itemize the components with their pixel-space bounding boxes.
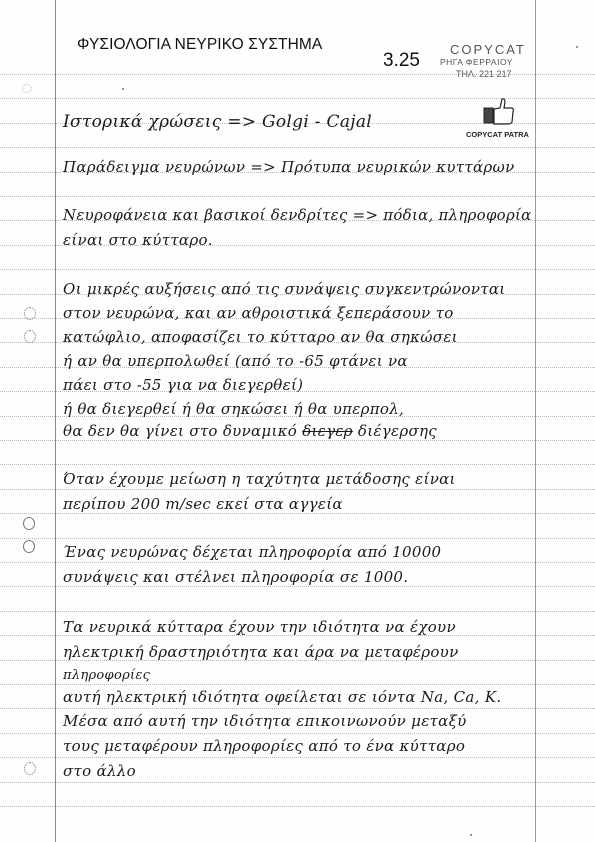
ruled-line — [0, 147, 595, 148]
note-line: τους μεταφέρουν πληροφορίες από το ένα κ… — [63, 737, 465, 755]
note-line: Νευροφάνεια και βασικοί δενδρίτες => πόδ… — [63, 206, 532, 224]
binder-hole — [23, 517, 35, 530]
binder-hole — [24, 330, 36, 343]
struck-word: διεγερ — [302, 422, 353, 440]
note-line: Ένας νευρώνας δέχεται πληροφορία από 100… — [63, 543, 441, 561]
note-line: περίπου 200 m/sec εκεί στα αγγεία — [63, 495, 343, 513]
note-line: Οι μικρές αυξήσεις από τις συνάψεις συγκ… — [63, 280, 505, 298]
stamp-phone: ΤΗΛ. 221 217 — [456, 69, 512, 79]
stamp-brand: COPYCAT — [450, 42, 526, 57]
scan-speck — [576, 46, 578, 48]
ruled-line — [0, 806, 595, 807]
binder-hole — [24, 762, 36, 775]
ruled-line — [0, 489, 595, 490]
ruled-line — [0, 733, 595, 734]
ruled-line — [0, 538, 595, 539]
note-line: αυτή ηλεκτρική ιδιότητα οφείλεται σε ιόν… — [63, 688, 501, 706]
ruled-line — [0, 440, 595, 441]
thumbs-up-icon — [483, 97, 515, 125]
scan-speck — [470, 834, 472, 836]
note-line: ή θα διεγερθεί ή θα σηκώσει ή θα υπερπολ… — [63, 400, 404, 418]
note-line: Τα νευρικά κύτταρα έχουν την ιδιότητα να… — [63, 618, 456, 636]
note-line: κατώφλιο, αποφασίζει το κύτταρο αν θα ση… — [63, 328, 458, 346]
ruled-line — [0, 757, 595, 758]
ruled-line — [0, 611, 595, 612]
stamp-caption: COPYCAT PATRA — [466, 130, 529, 139]
note-line: ηλεκτρική δραστηριότητα και άρα να μεταφ… — [63, 643, 459, 661]
binder-hole — [24, 307, 36, 320]
note-line: στο άλλο — [63, 762, 136, 780]
note-line: πάει στο -55 για να διεγερθεί) — [63, 376, 303, 394]
note-line: ή αν θα υπερπολωθεί (από το -65 φτάνει ν… — [63, 352, 408, 370]
note-line: πληροφορίες — [63, 668, 150, 683]
note-line: Μέσα από αυτή την ιδιότητα επικοινωνούν … — [63, 712, 467, 730]
note-line: θα δεν θα γίνει στο δυναμικό διεγερ διέγ… — [63, 422, 437, 440]
ruled-line — [0, 464, 595, 465]
note-text: διέγερσης — [358, 422, 437, 440]
left-margin-line — [55, 0, 56, 842]
note-line: είναι στο κύτταρο. — [63, 231, 213, 249]
ruled-line — [0, 513, 595, 514]
note-line: Παράδειγμα νευρώνων => Πρότυπα νευρικών … — [63, 158, 515, 176]
right-margin-line — [535, 0, 536, 842]
note-line: Ιστορικά χρώσεις => Golgi - Cajal — [63, 112, 372, 132]
scan-speck — [283, 38, 285, 40]
note-line: στον νευρώνα, και αν αθροιστικά ξεπεράσο… — [63, 304, 454, 322]
ruled-line — [0, 684, 595, 685]
note-line: Όταν έχουμε μείωση η ταχύτητα μετάδοσης … — [63, 470, 456, 488]
ruled-line — [0, 586, 595, 587]
ruled-line — [0, 196, 595, 197]
page-title: ΦΥΣΙΟΛΟΓΙΑ ΝΕΥΡΙΚΟ ΣΥΣΤΗΜΑ — [77, 36, 322, 54]
stamp-address: ΡΗΓΑ ΦΕΡΡΑΙΟΥ — [440, 57, 513, 67]
ruled-line — [0, 562, 595, 563]
binder-hole — [23, 540, 35, 553]
binder-hole-faint — [22, 84, 32, 93]
scan-speck — [122, 88, 124, 90]
note-text: θα δεν θα γίνει στο δυναμικό — [63, 422, 297, 440]
ruled-line — [0, 782, 595, 783]
ruled-line — [0, 708, 595, 709]
note-line: συνάψεις και στέλνει πληροφορία σε 1000. — [63, 568, 408, 586]
page-price: 3.25 — [383, 50, 420, 72]
notebook-page: ΦΥΣΙΟΛΟΓΙΑ ΝΕΥΡΙΚΟ ΣΥΣΤΗΜΑ 3.25 COPYCAT … — [0, 0, 595, 842]
ruled-line — [0, 269, 595, 270]
